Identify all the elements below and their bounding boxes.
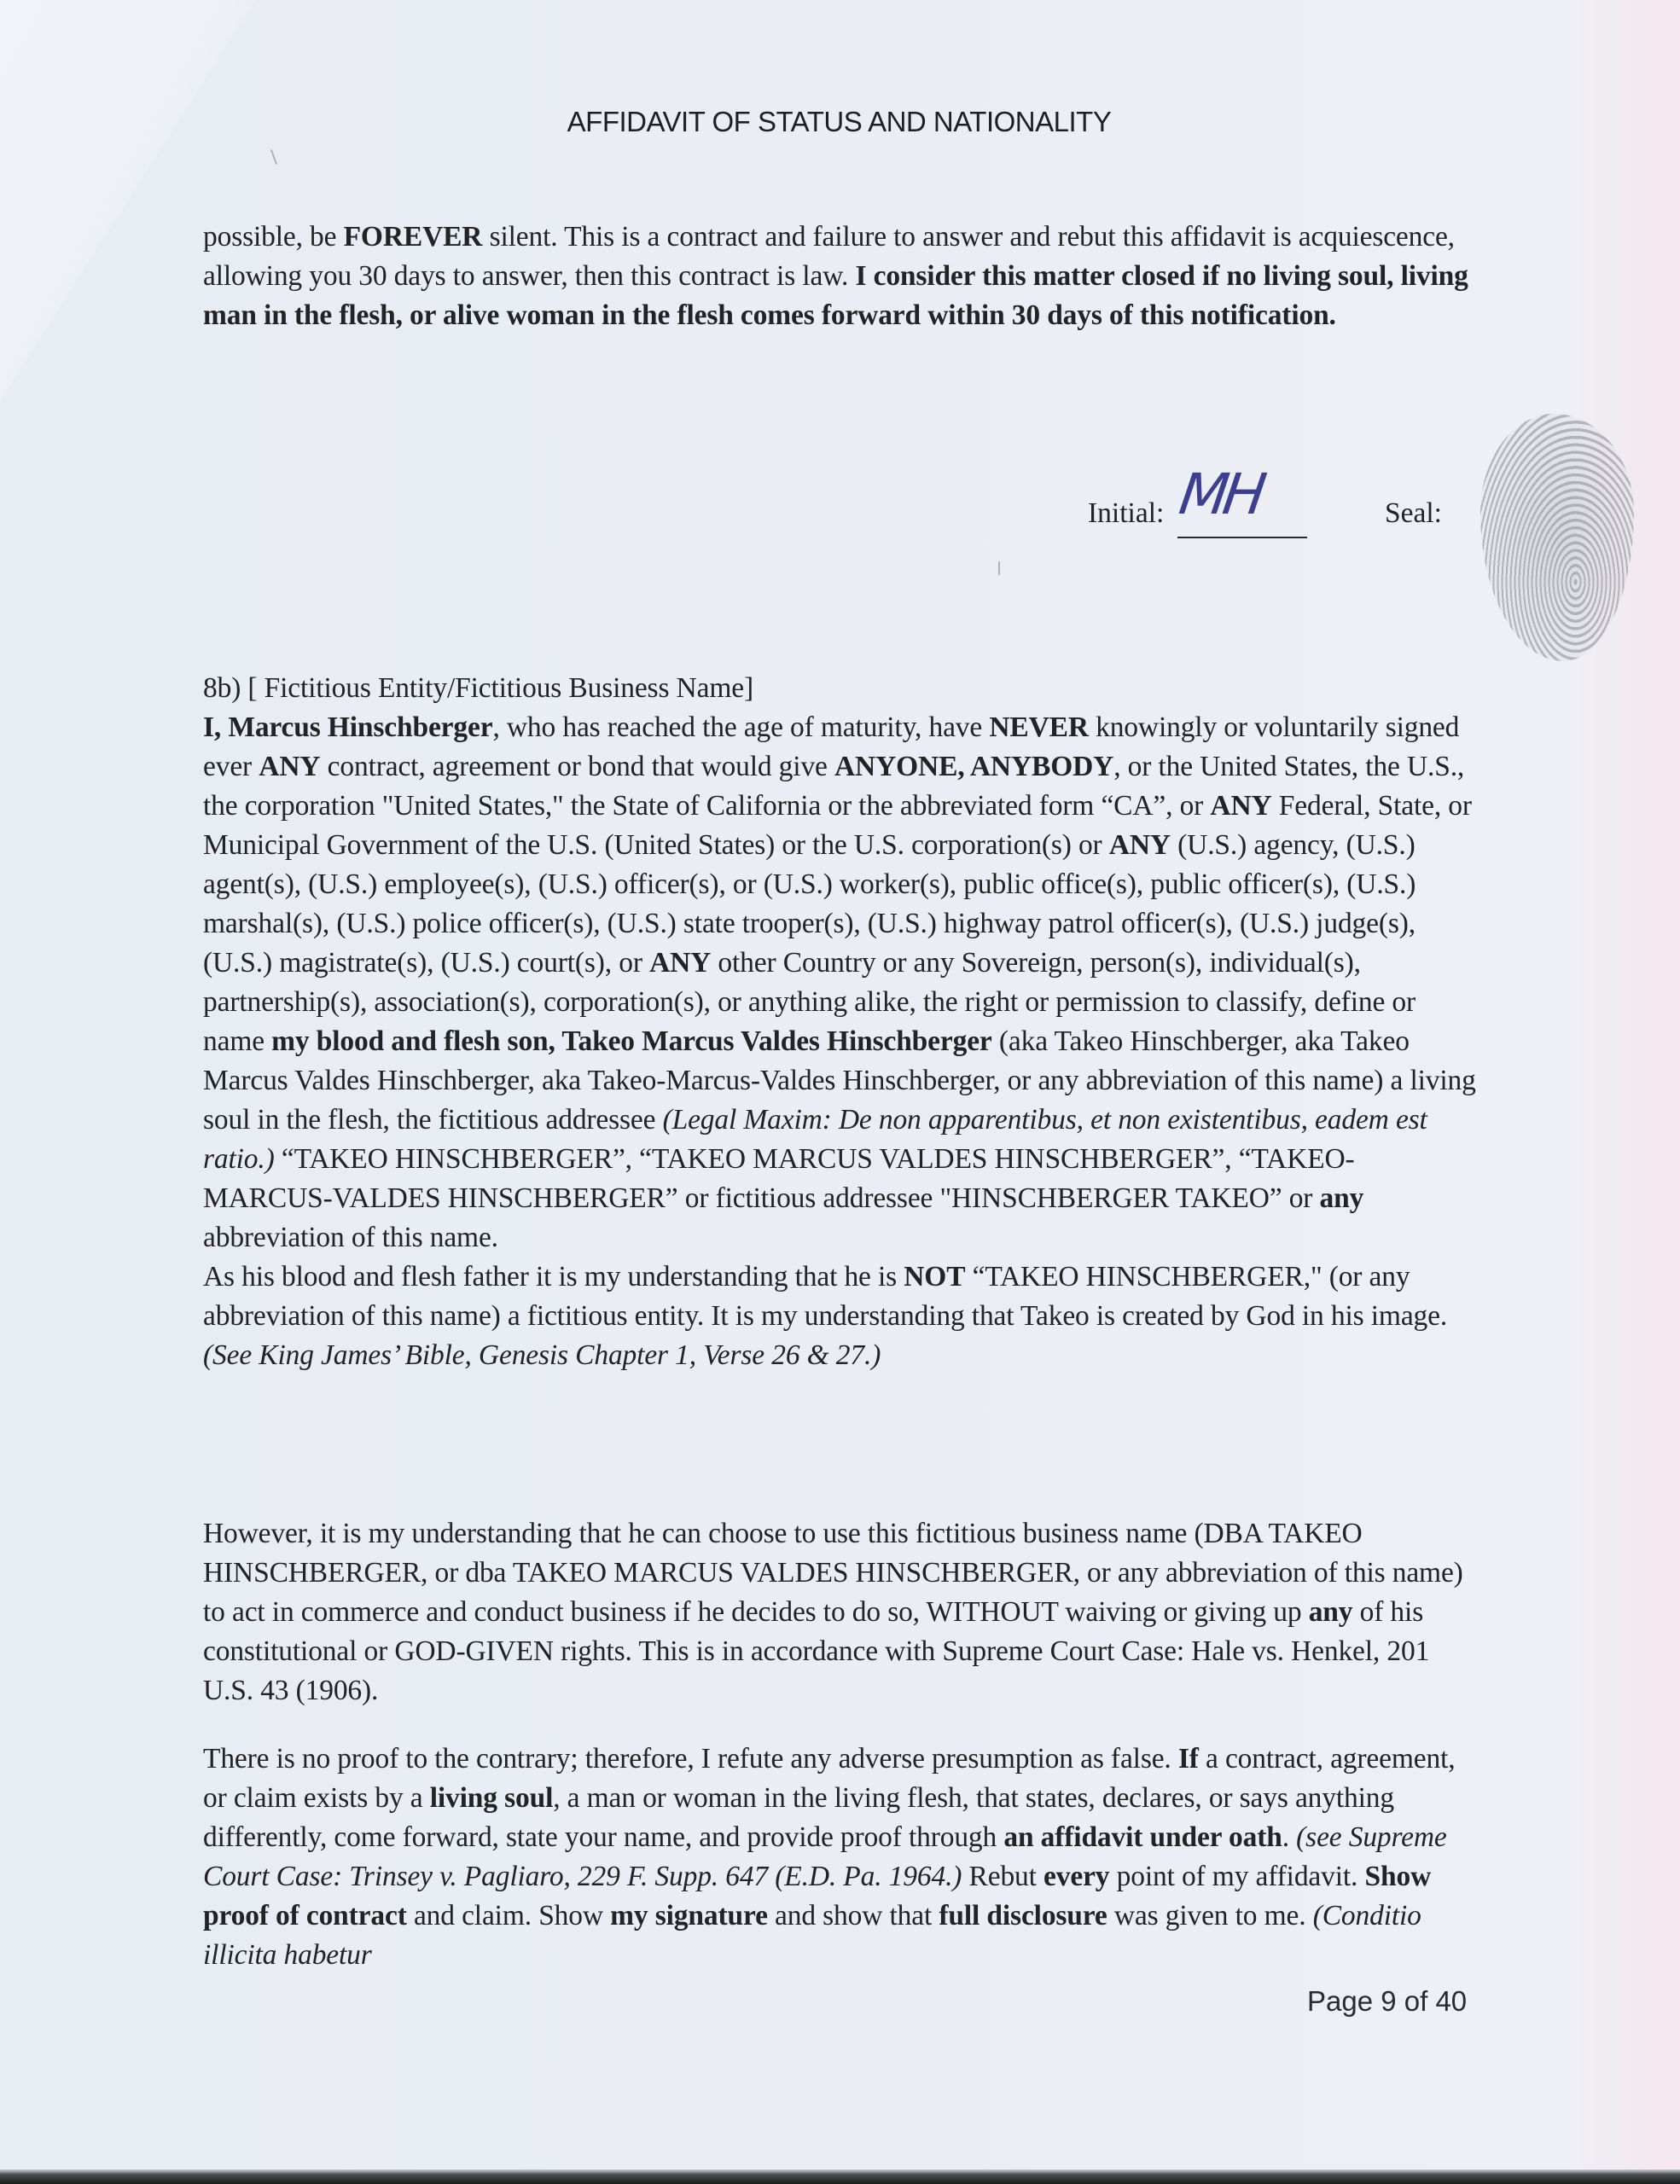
paragraph-text: There is no proof to the contrary; there… — [203, 1740, 1483, 1975]
page-title: AFFIDAVIT OF STATUS AND NATIONALITY — [0, 106, 1679, 138]
page-number: Page 9 of 40 — [1307, 1985, 1467, 2018]
paragraph-however: However, it is my understanding that he … — [203, 1514, 1483, 1711]
opening-paragraph: possible, be FOREVER silent. This is a c… — [203, 218, 1483, 335]
stray-mark — [270, 149, 277, 165]
section-paragraph: As his blood and flesh father it is my u… — [203, 1258, 1483, 1375]
paragraph-proof: There is no proof to the contrary; there… — [203, 1740, 1483, 1975]
page-bottom-edge — [0, 2169, 1680, 2184]
opening-paragraph-text: possible, be FOREVER silent. This is a c… — [203, 218, 1483, 335]
initial-underline — [1177, 537, 1307, 538]
stray-mark — [998, 561, 1000, 575]
section-heading: 8b) [ Fictitious Entity/Fictitious Busin… — [203, 669, 1483, 708]
initial-handwritten: MH — [1176, 462, 1265, 527]
seal-label: Seal: — [1385, 497, 1442, 530]
fold-shadow — [0, 0, 264, 418]
initial-label: Initial: — [1088, 497, 1164, 530]
section-paragraph: I, Marcus Hinschberger, who has reached … — [203, 708, 1483, 1258]
section-8b: 8b) [ Fictitious Entity/Fictitious Busin… — [203, 669, 1483, 1375]
paragraph-text: However, it is my understanding that he … — [203, 1514, 1483, 1711]
fingerprint-seal-icon — [1480, 414, 1634, 661]
document-page: AFFIDAVIT OF STATUS AND NATIONALITY poss… — [0, 0, 1680, 2184]
